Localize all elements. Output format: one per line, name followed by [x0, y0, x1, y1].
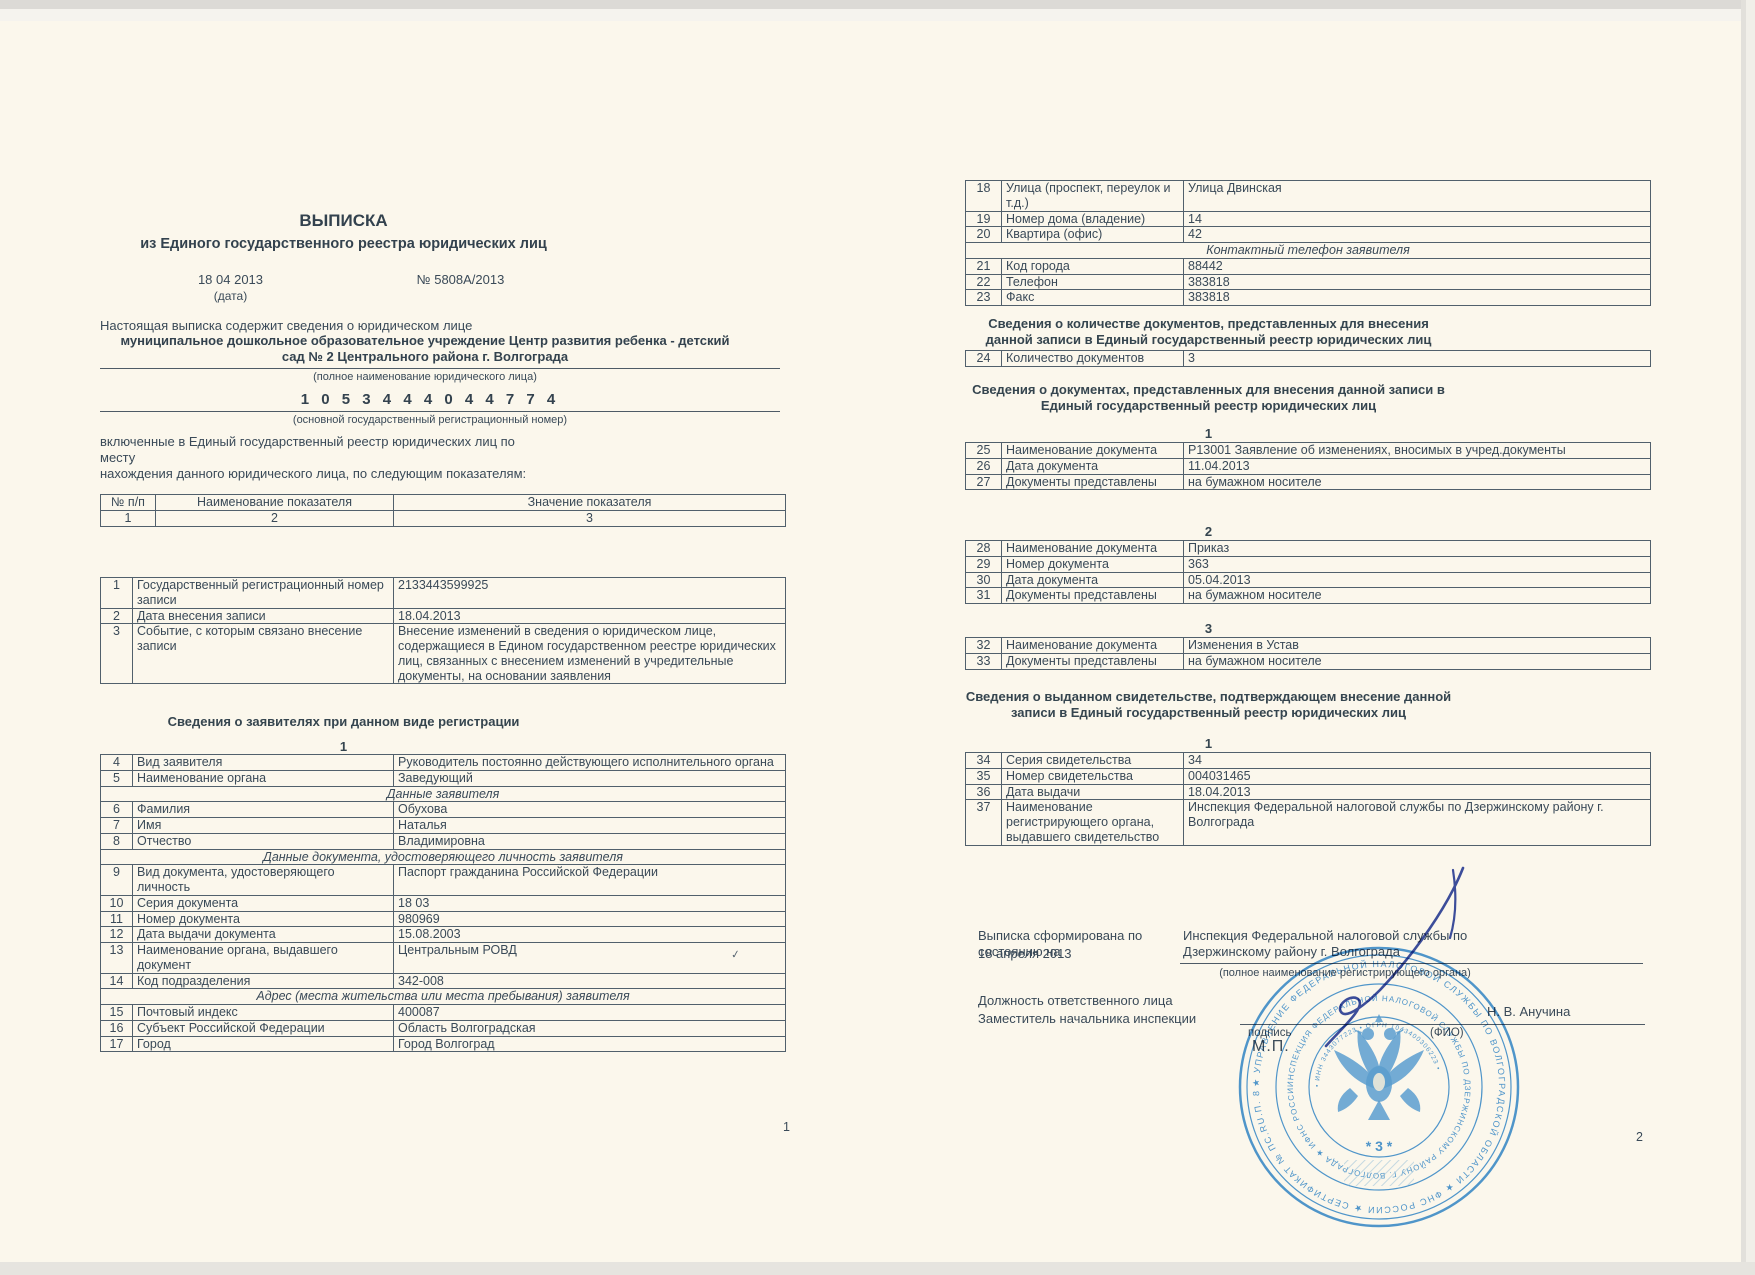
page1-number: 1	[783, 1120, 790, 1134]
row-number-cell: 37	[966, 800, 1002, 845]
row-number-cell: 17	[101, 1036, 133, 1052]
document-date: 18 04 2013	[183, 272, 278, 288]
row-label-cell: Наименование регистрирующего органа, выд…	[1002, 800, 1184, 845]
docs-count-section-title: Сведения о количестве документов, предст…	[965, 316, 1452, 347]
intro-line: Настоящая выписка содержит сведения о юр…	[100, 318, 580, 334]
row-value-cell: Центральным РОВД	[394, 943, 786, 974]
row-number-cell: 32	[966, 638, 1002, 654]
row-number-cell: 14	[101, 973, 133, 989]
row-number-cell: 9	[101, 865, 133, 896]
document2-table: 28Наименование документаПриказ29Номер до…	[965, 540, 1651, 604]
table-row: 35Номер свидетельства004031465	[966, 768, 1651, 784]
scanned-document: ВЫПИСКА из Единого государственного реес…	[0, 0, 1755, 1275]
table-row: 22Телефон383818	[966, 274, 1651, 290]
org-name-caption: (полное наименование юридического лица)	[100, 371, 750, 383]
table-row: Данные документа, удостоверяющего личнос…	[101, 849, 786, 865]
row-value-cell: Паспорт гражданина Российской Федерации	[394, 865, 786, 896]
docs-section-title: Сведения о документах, представленных дл…	[965, 382, 1452, 413]
org-name-underline	[100, 368, 780, 369]
docs-count-table: 24Количество документов3	[965, 350, 1651, 367]
table-row: Контактный телефон заявителя	[966, 243, 1651, 259]
row-value-cell: Приказ	[1184, 541, 1651, 557]
scan-edge-bottom	[0, 1262, 1755, 1275]
section-span-cell: Данные заявителя	[101, 786, 786, 802]
page-subtitle: из Единого государственного реестра юрид…	[100, 236, 587, 252]
table-row: 31Документы представленына бумажном носи…	[966, 588, 1651, 604]
row-value-cell: 18 03	[394, 895, 786, 911]
row-number-cell: 4	[101, 755, 133, 771]
row-value-cell: на бумажном носителе	[1184, 588, 1651, 604]
table-row: 10Серия документа18 03	[101, 895, 786, 911]
row-number-cell: 7	[101, 818, 133, 834]
table-row: 20Квартира (офис)42	[966, 227, 1651, 243]
table-row: 27Документы представленына бумажном носи…	[966, 474, 1651, 490]
table-row: 6ФамилияОбухова	[101, 802, 786, 818]
handwritten-signature	[1270, 852, 1485, 1057]
row-number-cell: 3	[101, 624, 133, 684]
table-row: 33Документы представленына бумажном носи…	[966, 653, 1651, 669]
row-value-cell: Владимировна	[394, 833, 786, 849]
row-value-cell: 004031465	[1184, 768, 1651, 784]
scan-edge-top-highlight	[0, 9, 1755, 21]
row-label-cell: Серия документа	[133, 895, 394, 911]
row-value-cell: на бумажном носителе	[1184, 474, 1651, 490]
row-number-cell: 19	[966, 211, 1002, 227]
table-row: 30Дата документа05.04.2013	[966, 572, 1651, 588]
row-number-cell: 22	[966, 274, 1002, 290]
row-value-cell: 2133443599925	[394, 578, 786, 609]
row-label-cell: Серия свидетельства	[1002, 753, 1184, 769]
table-row: 9Вид документа, удостоверяющего личность…	[101, 865, 786, 896]
row-value-cell: Заведующий	[394, 770, 786, 786]
scan-edge-top	[0, 0, 1755, 9]
table-row: 8ОтчествоВладимировна	[101, 833, 786, 849]
row-value-cell: Руководитель постоянно действующего испо…	[394, 755, 786, 771]
ogrn-number: 1 0 5 3 4 4 4 0 4 4 7 7 4	[100, 391, 760, 408]
table-row: 11Номер документа980969	[101, 911, 786, 927]
table-row: Адрес (места жительства или места пребыв…	[101, 989, 786, 1005]
row-label-cell: Дата выдачи	[1002, 784, 1184, 800]
formed-date: 18 апреля 2013	[978, 946, 1188, 962]
row-number-cell: 25	[966, 443, 1002, 459]
row-label-cell: Номер документа	[1002, 556, 1184, 572]
row-value-cell: 42	[1184, 227, 1651, 243]
position-value: Заместитель начальника инспекции	[978, 1011, 1238, 1027]
row-value-cell: 400087	[394, 1005, 786, 1021]
row-number-cell: 20	[966, 227, 1002, 243]
row-label-cell: 2	[156, 510, 394, 526]
row-number-cell: 12	[101, 927, 133, 943]
row-value-cell: 383818	[1184, 274, 1651, 290]
doc-block2-number: 2	[965, 524, 1452, 539]
scan-edge-right-margin	[1746, 0, 1755, 1275]
row-label-cell: Государственный регистрационный номер за…	[133, 578, 394, 609]
document-date-caption: (дата)	[183, 289, 278, 303]
row-label-cell: Дата документа	[1002, 458, 1184, 474]
table-row: 7ИмяНаталья	[101, 818, 786, 834]
row-value-cell: Наталья	[394, 818, 786, 834]
row-label-cell: Факс	[1002, 290, 1184, 306]
document1-table: 25Наименование документаР13001 Заявление…	[965, 442, 1651, 490]
position-label: Должность ответственного лица	[978, 993, 1238, 1009]
row-value-cell: 11.04.2013	[1184, 458, 1651, 474]
row-label-cell: Квартира (офис)	[1002, 227, 1184, 243]
row-label-cell: Наименование документа	[1002, 638, 1184, 654]
table-row: Данные заявителя	[101, 786, 786, 802]
table-row: 32Наименование документаИзменения в Уста…	[966, 638, 1651, 654]
row-number-cell: 24	[966, 351, 1002, 367]
row-number-cell: 6	[101, 802, 133, 818]
table-row: 29Номер документа363	[966, 556, 1651, 572]
table-row: 5Наименование органаЗаведующий	[101, 770, 786, 786]
row-label-cell: Дата внесения записи	[133, 608, 394, 624]
row-number-cell: 1	[101, 578, 133, 609]
table-row: 21Код города88442	[966, 258, 1651, 274]
row-number-cell: 5	[101, 770, 133, 786]
row-label-cell: Наименование документа	[1002, 541, 1184, 557]
table-row: 18Улица (проспект, переулок и т.д.)Улица…	[966, 181, 1651, 212]
row-number-cell: 10	[101, 895, 133, 911]
table-row: 15Почтовый индекс400087	[101, 1005, 786, 1021]
table-row: 13Наименование органа, выдавшего докумен…	[101, 943, 786, 974]
ogrn-underline	[100, 411, 780, 412]
row-value-cell: 15.08.2003	[394, 927, 786, 943]
row-value-cell: 18.04.2013	[394, 608, 786, 624]
row-number-cell: 36	[966, 784, 1002, 800]
table-row: 36Дата выдачи18.04.2013	[966, 784, 1651, 800]
table-row: 28Наименование документаПриказ	[966, 541, 1651, 557]
row-number-cell: 8	[101, 833, 133, 849]
applicant-table: 4Вид заявителяРуководитель постоянно дей…	[100, 754, 786, 1052]
section-span-cell: Контактный телефон заявителя	[966, 243, 1651, 259]
row-label-cell: Наименование документа	[1002, 443, 1184, 459]
included-paragraph: включенные в Единый государственный реес…	[100, 434, 540, 482]
page-title: ВЫПИСКА	[100, 211, 587, 231]
table-row: 3Событие, с которым связано внесение зап…	[101, 624, 786, 684]
row-label-cell: Номер документа	[133, 911, 394, 927]
applicants-section-title: Сведения о заявителях при данном виде ре…	[100, 714, 587, 730]
table-row: 1Государственный регистрационный номер з…	[101, 578, 786, 609]
row-value-cell: Область Волгоградская	[394, 1020, 786, 1036]
document3-table: 32Наименование документаИзменения в Уста…	[965, 637, 1651, 670]
handwritten-checkmark: ✓	[730, 947, 741, 961]
row-label-cell: Номер дома (владение)	[1002, 211, 1184, 227]
row-label-cell: Наименование органа	[133, 770, 394, 786]
row-value-cell: 14	[1184, 211, 1651, 227]
organization-name: муниципальное дошкольное образовательное…	[100, 333, 750, 365]
row-value-cell: 34	[1184, 753, 1651, 769]
row-number-cell: 34	[966, 753, 1002, 769]
row-value-cell: Р13001 Заявление об изменениях, вносимых…	[1184, 443, 1651, 459]
cert-block-number: 1	[965, 736, 1452, 751]
row-label-cell: Дата выдачи документа	[133, 927, 394, 943]
table-row: 16Субъект Российской ФедерацииОбласть Во…	[101, 1020, 786, 1036]
table-row: 34Серия свидетельства34	[966, 753, 1651, 769]
table-row: 19Номер дома (владение)14	[966, 211, 1651, 227]
stamp-hatched-box	[1344, 1160, 1414, 1186]
certificate-table: 34Серия свидетельства3435Номер свидетель…	[965, 752, 1651, 846]
row-value-cell: 363	[1184, 556, 1651, 572]
row-value-cell: 05.04.2013	[1184, 572, 1651, 588]
table-row: 2Дата внесения записи18.04.2013	[101, 608, 786, 624]
certificate-section-title: Сведения о выданном свидетельстве, подтв…	[965, 689, 1452, 720]
row-label-cell: Код подразделения	[133, 973, 394, 989]
row-value-cell: Инспекция Федеральной налоговой службы п…	[1184, 800, 1651, 845]
row-number-cell: 28	[966, 541, 1002, 557]
row-label-cell: Город	[133, 1036, 394, 1052]
row-number-cell: 16	[101, 1020, 133, 1036]
section-span-cell: Данные документа, удостоверяющего личнос…	[101, 849, 786, 865]
row-number-cell: 21	[966, 258, 1002, 274]
row-number-cell: 29	[966, 556, 1002, 572]
section-span-cell: Адрес (места жительства или места пребыв…	[101, 989, 786, 1005]
row-label-cell: Телефон	[1002, 274, 1184, 290]
row-value-cell: 3	[1184, 351, 1651, 367]
row-label-cell: Субъект Российской Федерации	[133, 1020, 394, 1036]
row-label-cell: Номер свидетельства	[1002, 768, 1184, 784]
table-row: 123	[101, 510, 786, 526]
row-value-cell: Значение показателя	[394, 495, 786, 511]
row-number-cell: 30	[966, 572, 1002, 588]
applicants-block-number: 1	[100, 739, 587, 754]
row-number-cell: 31	[966, 588, 1002, 604]
row-label-cell: Имя	[133, 818, 394, 834]
table-row: 4Вид заявителяРуководитель постоянно дей…	[101, 755, 786, 771]
ogrn-caption: (основной государственный регистрационны…	[100, 414, 760, 426]
row-label-cell: Количество документов	[1002, 351, 1184, 367]
row-number-cell: 33	[966, 653, 1002, 669]
row-label-cell: Документы представлены	[1002, 653, 1184, 669]
indicators-header-table: № п/пНаименование показателяЗначение пок…	[100, 494, 786, 527]
row-value-cell: 342-008	[394, 973, 786, 989]
table-row: 14Код подразделения342-008	[101, 973, 786, 989]
row-value-cell: 18.04.2013	[1184, 784, 1651, 800]
row-label-cell: Вид документа, удостоверяющего личность	[133, 865, 394, 896]
row-value-cell: Улица Двинская	[1184, 181, 1651, 212]
row-label-cell: Наименование органа, выдавшего документ	[133, 943, 394, 974]
row-label-cell: Код города	[1002, 258, 1184, 274]
row-label-cell: Документы представлены	[1002, 588, 1184, 604]
row-label-cell: Наименование показателя	[156, 495, 394, 511]
row-number-cell: 27	[966, 474, 1002, 490]
row-label-cell: Улица (проспект, переулок и т.д.)	[1002, 181, 1184, 212]
row-value-cell: Внесение изменений в сведения о юридичес…	[394, 624, 786, 684]
table-row: 37Наименование регистрирующего органа, в…	[966, 800, 1651, 845]
row-number-cell: 11	[101, 911, 133, 927]
row-value-cell: на бумажном носителе	[1184, 653, 1651, 669]
row-value-cell: 980969	[394, 911, 786, 927]
row-value-cell: Город Волгоград	[394, 1036, 786, 1052]
row-label-cell: Почтовый индекс	[133, 1005, 394, 1021]
table-row: 23Факс383818	[966, 290, 1651, 306]
row-value-cell: 3	[394, 510, 786, 526]
row-value-cell: Обухова	[394, 802, 786, 818]
row-label-cell: Отчество	[133, 833, 394, 849]
row-label-cell: Дата документа	[1002, 572, 1184, 588]
row-value-cell: Изменения в Устав	[1184, 638, 1651, 654]
row-number-cell: 2	[101, 608, 133, 624]
row-number-cell: 26	[966, 458, 1002, 474]
row-label-cell: Событие, с которым связано внесение запи…	[133, 624, 394, 684]
row-number-cell: 23	[966, 290, 1002, 306]
row-label-cell: Вид заявителя	[133, 755, 394, 771]
row-label-cell: Документы представлены	[1002, 474, 1184, 490]
stamp-center-number: * 3 *	[1366, 1138, 1393, 1154]
table-row: № п/пНаименование показателяЗначение пок…	[101, 495, 786, 511]
doc-block1-number: 1	[965, 426, 1452, 441]
row-number-cell: 35	[966, 768, 1002, 784]
table-row: 26Дата документа11.04.2013	[966, 458, 1651, 474]
row-number-cell: 1	[101, 510, 156, 526]
row-number-cell: № п/п	[101, 495, 156, 511]
row-value-cell: 383818	[1184, 290, 1651, 306]
row-value-cell: 88442	[1184, 258, 1651, 274]
row-number-cell: 13	[101, 943, 133, 974]
row-number-cell: 15	[101, 1005, 133, 1021]
table-row: 12Дата выдачи документа15.08.2003	[101, 927, 786, 943]
table-row: 25Наименование документаР13001 Заявление…	[966, 443, 1651, 459]
document-number: № 5808А/2013	[398, 272, 523, 288]
address-table: 18Улица (проспект, переулок и т.д.)Улица…	[965, 180, 1651, 306]
doc-block3-number: 3	[965, 621, 1452, 636]
table-row: 24Количество документов3	[966, 351, 1651, 367]
row-number-cell: 18	[966, 181, 1002, 212]
record-table: 1Государственный регистрационный номер з…	[100, 577, 786, 684]
page2-number: 2	[1636, 1130, 1643, 1144]
row-label-cell: Фамилия	[133, 802, 394, 818]
table-row: 17ГородГород Волгоград	[101, 1036, 786, 1052]
